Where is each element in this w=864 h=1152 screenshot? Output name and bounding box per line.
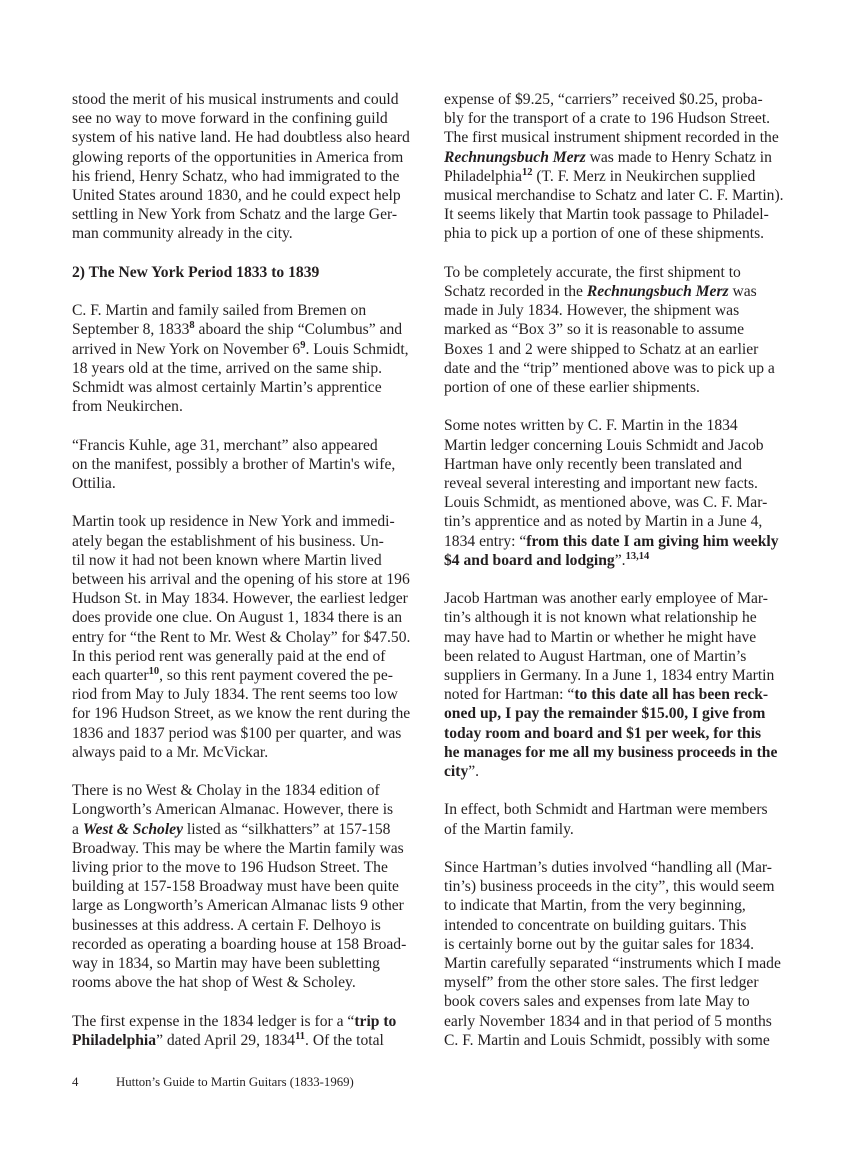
text-line: Ottilia. [72, 474, 444, 493]
text-line: bly for the transport of a crate to 196 … [444, 109, 816, 128]
text-line: It seems likely that Martin took passage… [444, 205, 816, 224]
text-fragment: aboard the ship “Columbus” and [195, 321, 402, 338]
text-line: is certainly borne out by the guitar sal… [444, 935, 816, 954]
text-line: early November 1834 and in that period o… [444, 1012, 816, 1031]
text-line: for 196 Hudson Street, as we know the re… [72, 704, 444, 723]
page-footer: 4Hutton’s Guide to Martin Guitars (1833-… [72, 1074, 354, 1090]
text-line: from Neukirchen. [72, 397, 444, 416]
paragraph-kuhle: “Francis Kuhle, age 31, merchant” also a… [72, 436, 444, 494]
footnote-ref: 11 [295, 1031, 305, 1042]
text-line: Martin carefully separated “instruments … [444, 954, 816, 973]
text-fragment: was made to Henry Schatz in [586, 149, 772, 166]
text-line: suppliers in Germany. In a June 1, 1834 … [444, 666, 816, 685]
text-line: city”. [444, 762, 816, 781]
left-column: stood the merit of his musical instrumen… [72, 90, 444, 1069]
text-line: tin’s apprentice and as noted by Martin … [444, 512, 816, 531]
text-fragment: . Of the total [305, 1032, 384, 1049]
text-line: his friend, Henry Schatz, who had immigr… [72, 167, 444, 186]
text-line: does provide one clue. On August 1, 1834… [72, 608, 444, 627]
text-line: phia to pick up a portion of one of thes… [444, 224, 816, 243]
text-line: Philadelphia” dated April 29, 183411. Of… [72, 1031, 444, 1050]
text-line: rooms above the hat shop of West & Schol… [72, 973, 444, 992]
text-line: may have had to Martin or whether he mig… [444, 628, 816, 647]
emphasis-quote: Philadelphia [72, 1032, 156, 1049]
text-line: Schmidt was almost certainly Martin’s ap… [72, 378, 444, 397]
text-line: riod from May to July 1834. The rent see… [72, 685, 444, 704]
text-line: entry for “the Rent to Mr. West & Cholay… [72, 628, 444, 647]
emphasis-book-title: Rechnungsbuch Merz [444, 149, 586, 166]
text-line: Since Hartman’s duties involved “handlin… [444, 858, 816, 877]
text-line: see no way to move forward in the confin… [72, 109, 444, 128]
text-fragment: Schatz recorded in the [444, 283, 587, 300]
text-line: 1836 and 1837 period was $100 per quarte… [72, 724, 444, 743]
text-line: businesses at this address. A certain F.… [72, 916, 444, 935]
emphasis-quote: from this date I am giving him weekly [526, 533, 778, 550]
footnote-ref: 13,14 [626, 551, 650, 562]
text-line: living prior to the move to 196 Hudson S… [72, 858, 444, 877]
text-line: 18 years old at the time, arrived on the… [72, 359, 444, 378]
text-fragment: ”. [615, 552, 626, 569]
paragraph-shipment: expense of $9.25, “carriers” received $0… [444, 90, 816, 244]
paragraph-ledger-notes: Some notes written by C. F. Martin in th… [444, 416, 816, 570]
text-fragment: September 8, 1833 [72, 321, 189, 338]
text-line: intended to concentrate on building guit… [444, 916, 816, 935]
text-line: always paid to a Mr. McVickar. [72, 743, 444, 762]
text-line: made in July 1834. However, the shipment… [444, 301, 816, 320]
text-line: recorded as operating a boarding house a… [72, 935, 444, 954]
emphasis-quote-line: oned up, I pay the remainder $15.00, I g… [444, 704, 816, 723]
text-line: The first musical instrument shipment re… [444, 128, 816, 147]
text-line: each quarter10, so this rent payment cov… [72, 666, 444, 685]
text-line: Boxes 1 and 2 were shipped to Schatz at … [444, 340, 816, 359]
text-fragment: Philadelphia [444, 168, 522, 185]
emphasis-business-name: West & Scholey [83, 821, 183, 838]
text-line: glowing reports of the opportunities in … [72, 148, 444, 167]
text-line: ately began the establishment of his bus… [72, 532, 444, 551]
text-line: portion of one of these earlier shipment… [444, 378, 816, 397]
page-number: 4 [72, 1074, 116, 1090]
text-line: a West & Scholey listed as “silkhatters”… [72, 820, 444, 839]
text-line: on the manifest, possibly a brother of M… [72, 455, 444, 474]
text-line: 1834 entry: “from this date I am giving … [444, 532, 816, 551]
paragraph-first-expense: The first expense in the 1834 ledger is … [72, 1012, 444, 1050]
footnote-ref: 10 [149, 666, 160, 677]
text-line: system of his native land. He had doubtl… [72, 128, 444, 147]
text-line: Louis Schmidt, as mentioned above, was C… [444, 493, 816, 512]
text-line: Longworth’s American Almanac. However, t… [72, 800, 444, 819]
text-line: The first expense in the 1834 ledger is … [72, 1012, 444, 1031]
text-line: settling in New York from Schatz and the… [72, 205, 444, 224]
text-line: In effect, both Schmidt and Hartman were… [444, 800, 816, 819]
text-line: “Francis Kuhle, age 31, merchant” also a… [72, 436, 444, 455]
paragraph-family: In effect, both Schmidt and Hartman were… [444, 800, 816, 838]
text-line: arrived in New York on November 69. Loui… [72, 340, 444, 359]
text-line: been related to August Hartman, one of M… [444, 647, 816, 666]
text-line: Martin ledger concerning Louis Schmidt a… [444, 436, 816, 455]
text-line: There is no West & Cholay in the 1834 ed… [72, 781, 444, 800]
text-line: expense of $9.25, “carriers” received $0… [444, 90, 816, 109]
text-fragment: each quarter [72, 667, 149, 684]
text-line: marked as “Box 3” so it is reasonable to… [444, 320, 816, 339]
text-line: C. F. Martin and Louis Schmidt, possibly… [444, 1031, 816, 1050]
text-line: building at 157-158 Broadway must have b… [72, 877, 444, 896]
paragraph-west-scholey: There is no West & Cholay in the 1834 ed… [72, 781, 444, 992]
emphasis-quote-line: he manages for me all my business procee… [444, 743, 816, 762]
text-line: United States around 1830, and he could … [72, 186, 444, 205]
emphasis-quote: trip to [354, 1013, 396, 1030]
text-line: September 8, 18338 aboard the ship “Colu… [72, 320, 444, 339]
text-fragment: arrived in New York on November 6 [72, 341, 300, 358]
paragraph-voyage: C. F. Martin and family sailed from Brem… [72, 301, 444, 416]
paragraph-accuracy: To be completely accurate, the first shi… [444, 263, 816, 397]
text-fragment: noted for Hartman: “ [444, 686, 574, 703]
text-line: noted for Hartman: “to this date all has… [444, 685, 816, 704]
text-fragment: ”. [468, 763, 479, 780]
text-line: book covers sales and expenses from late… [444, 992, 816, 1011]
text-line: reveal several interesting and important… [444, 474, 816, 493]
emphasis-book-title: Rechnungsbuch Merz [587, 283, 729, 300]
text-fragment: a [72, 821, 83, 838]
text-line: Broadway. This may be where the Martin f… [72, 839, 444, 858]
text-line: between his arrival and the opening of h… [72, 570, 444, 589]
text-line: stood the merit of his musical instrumen… [72, 90, 444, 109]
text-fragment: . Louis Schmidt, [305, 341, 408, 358]
text-line: way in 1834, so Martin may have been sub… [72, 954, 444, 973]
text-line: to indicate that Martin, from the very b… [444, 896, 816, 915]
text-fragment: The first expense in the 1834 ledger is … [72, 1013, 354, 1030]
text-line: Rechnungsbuch Merz was made to Henry Sch… [444, 148, 816, 167]
text-fragment: listed as “silkhatters” at 157-158 [183, 821, 390, 838]
text-line: Martin took up residence in New York and… [72, 512, 444, 531]
text-line: Hudson St. in May 1834. However, the ear… [72, 589, 444, 608]
text-line: Hartman have only recently been translat… [444, 455, 816, 474]
footnote-ref: 12 [522, 167, 533, 178]
text-line: tin’s) business proceeds in the city”, t… [444, 877, 816, 896]
text-line: date and the “trip” mentioned above was … [444, 359, 816, 378]
text-line: Philadelphia12 (T. F. Merz in Neukirchen… [444, 167, 816, 186]
text-line: In this period rent was generally paid a… [72, 647, 444, 666]
text-fragment: , so this rent payment covered the pe- [159, 667, 393, 684]
section-heading: 2) The New York Period 1833 to 1839 [72, 263, 444, 282]
text-line: large as Longworth’s American Almanac li… [72, 896, 444, 915]
running-title: Hutton’s Guide to Martin Guitars (1833-1… [116, 1075, 354, 1089]
text-line: til now it had not been known where Mart… [72, 551, 444, 570]
emphasis-quote: to this date all has been reck- [574, 686, 768, 703]
text-fragment: (T. F. Merz in Neukirchen supplied [532, 168, 755, 185]
text-fragment: 1834 entry: “ [444, 533, 526, 550]
paragraph-residence: Martin took up residence in New York and… [72, 512, 444, 762]
text-line: man community already in the city. [72, 224, 444, 243]
text-line: tin’s although it is not known what rela… [444, 608, 816, 627]
text-line: myself” from the other store sales. The … [444, 973, 816, 992]
emphasis-quote-line: today room and board and $1 per week, fo… [444, 724, 816, 743]
text-line: $4 and board and lodging”.13,14 [444, 551, 816, 570]
text-line: musical merchandise to Schatz and later … [444, 186, 816, 205]
paragraph-guitars: Since Hartman’s duties involved “handlin… [444, 858, 816, 1050]
text-line: To be completely accurate, the first shi… [444, 263, 816, 282]
text-fragment: ” dated April 29, 1834 [156, 1032, 295, 1049]
paragraph-hartman: Jacob Hartman was another early employee… [444, 589, 816, 781]
paragraph-merit: stood the merit of his musical instrumen… [72, 90, 444, 244]
text-line: Schatz recorded in the Rechnungsbuch Mer… [444, 282, 816, 301]
text-line: of the Martin family. [444, 820, 816, 839]
emphasis-quote: city [444, 763, 468, 780]
right-column: expense of $9.25, “carriers” received $0… [444, 90, 816, 1069]
emphasis-quote: $4 and board and lodging [444, 552, 615, 569]
text-fragment: was [729, 283, 757, 300]
text-line: C. F. Martin and family sailed from Brem… [72, 301, 444, 320]
text-line: Jacob Hartman was another early employee… [444, 589, 816, 608]
text-line: Some notes written by C. F. Martin in th… [444, 416, 816, 435]
